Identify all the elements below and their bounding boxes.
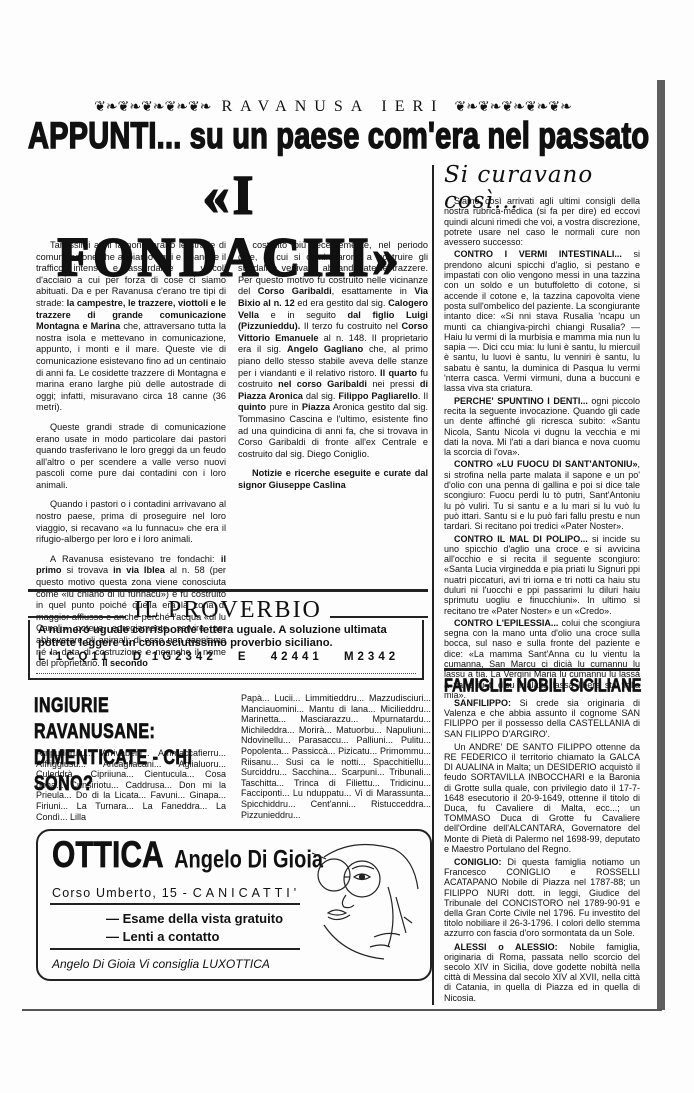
remedy-item: PERCHE' SPUNTINO I DENTI... ogni piccolo… — [444, 396, 640, 458]
remedy-heading: CONTRO IL MAL DI POLIPO... — [454, 534, 588, 544]
face-with-monocle-illustration-icon — [304, 837, 422, 967]
ornament-right-icon: ❦❧❦❧❦❧❦❧❦❧ — [455, 99, 572, 116]
proverbio-box: A numero uguale corrisponde lettera ugua… — [28, 620, 424, 680]
article-paragraph: Quando i pastori o i contadini arrivavan… — [36, 499, 226, 545]
ornament-left-icon: ❦❧❦❧❦❧❦❧❦❧ — [94, 99, 211, 116]
remedy-item: CONTRO IL MAL DI POLIPO... si incide su … — [444, 534, 640, 616]
ad-service-2: — Lenti a contatto — [106, 929, 219, 944]
ad-rule — [50, 903, 300, 905]
article-credit: Notizie e ricerche eseguite e curate dal… — [238, 468, 428, 491]
kicker-bar: ❦❧❦❧❦❧❦❧❦❧ RAVANUSA IERI ❦❧❦❧❦❧❦❧❦❧ — [28, 96, 638, 118]
famiglie-list: SANFILIPPO: Si crede sia originaria di V… — [444, 698, 640, 1003]
remedy-heading: PERCHE' SPUNTINO I DENTI... — [454, 396, 588, 406]
ottica-advertisement: OTTICA Angelo Di Gioia Corso Umberto, 15… — [36, 829, 432, 981]
remedy-heading: CONTRO «LU FUOCU DI SANT'ANTONIU» — [454, 459, 637, 469]
ad-brand: OTTICA — [52, 835, 164, 878]
proverbio-instructions: A numero uguale corrisponde lettera ugua… — [38, 624, 414, 650]
article-paragraph: Queste grandi strade di comunicazione er… — [36, 422, 226, 492]
ingiurie-column-2: Papà... Lucii... Limmitieddru... Mazzudi… — [241, 693, 431, 820]
remedy-heading: CONTRO I VERMI INTESTINALI... — [454, 249, 622, 259]
answer-line[interactable] — [36, 673, 416, 674]
scan-edge-strip — [657, 80, 665, 1010]
proverbio-code: L'1CQ11 D'1G2342 E 42441 M2342 — [38, 651, 414, 663]
remedies-list: CONTRO I VERMI INTESTINALI... si prendon… — [444, 249, 640, 700]
ad-service-1: — Esame della vista gratuito — [106, 911, 283, 926]
title-line-left — [28, 616, 126, 618]
remedies-intro: Siamo così arrivati agli ultimi consigli… — [444, 196, 640, 247]
ad-address: Corso Umberto, 15 - CANICATTI' — [52, 886, 300, 900]
famiglia-entry: SANFILIPPO: Si crede sia originaria di V… — [444, 698, 640, 739]
section-rule — [444, 668, 640, 671]
ingiurie-title-line-1: INGIURIE RAVANUSANE: — [34, 694, 234, 746]
remedy-item: CONTRO «LU FUOCU DI SANT'ANTONIU», si st… — [444, 459, 640, 531]
article-column-2: fu costruito più recentemente, nel perio… — [238, 240, 428, 499]
ad-rule — [50, 948, 300, 950]
famiglia-heading: CONIGLIO: — [454, 857, 502, 867]
ad-tagline: Angelo Di Gioia Vi consiglia LUXOTTICA — [52, 957, 270, 971]
famiglia-heading: SANFILIPPO: — [454, 698, 511, 708]
remedies-column: Siamo così arrivati agli ultimi consigli… — [444, 196, 640, 702]
ad-owner: Angelo Di Gioia — [174, 846, 323, 875]
remedy-heading: CONTRO L'EPILESSIA... — [454, 618, 558, 628]
famiglie-column: SANFILIPPO: Si crede sia originaria di V… — [444, 698, 640, 1006]
section-rule — [28, 589, 428, 592]
ingiurie-column-1: Arripuddrutu... Arrivabeni... Ammaccafie… — [36, 748, 226, 822]
title-line-right — [330, 616, 428, 618]
famiglia-heading: ALESSI o ALESSIO: — [454, 942, 558, 952]
famiglia-entry: Un ANDRE' DE SANTO FILIPPO ottenne da RE… — [444, 742, 640, 854]
remedy-item: CONTRO I VERMI INTESTINALI... si prendon… — [444, 249, 640, 393]
kicker-text: RAVANUSA IERI — [222, 98, 445, 116]
article-paragraph: Tantissimi anni fa non c'erano le strade… — [36, 240, 226, 414]
famiglia-entry: ALESSI o ALESSIO: Nobile famiglia, origi… — [444, 942, 640, 1003]
article-paragraph: fu costruito più recentemente, nel perio… — [238, 240, 428, 460]
headline: APPUNTI... su un paese com'era nel passa… — [28, 116, 638, 158]
ad-business-name: OTTICA Angelo Di Gioia — [52, 843, 323, 877]
column-divider — [432, 165, 434, 1005]
page-bottom-rule — [22, 1009, 662, 1011]
ad-city: CANICATTI' — [193, 886, 300, 900]
famiglia-entry: CONIGLIO: Di questa famiglia notiamo un … — [444, 857, 640, 939]
famiglie-title: FAMIGLIE NOBILI SICILIANE — [444, 676, 644, 697]
